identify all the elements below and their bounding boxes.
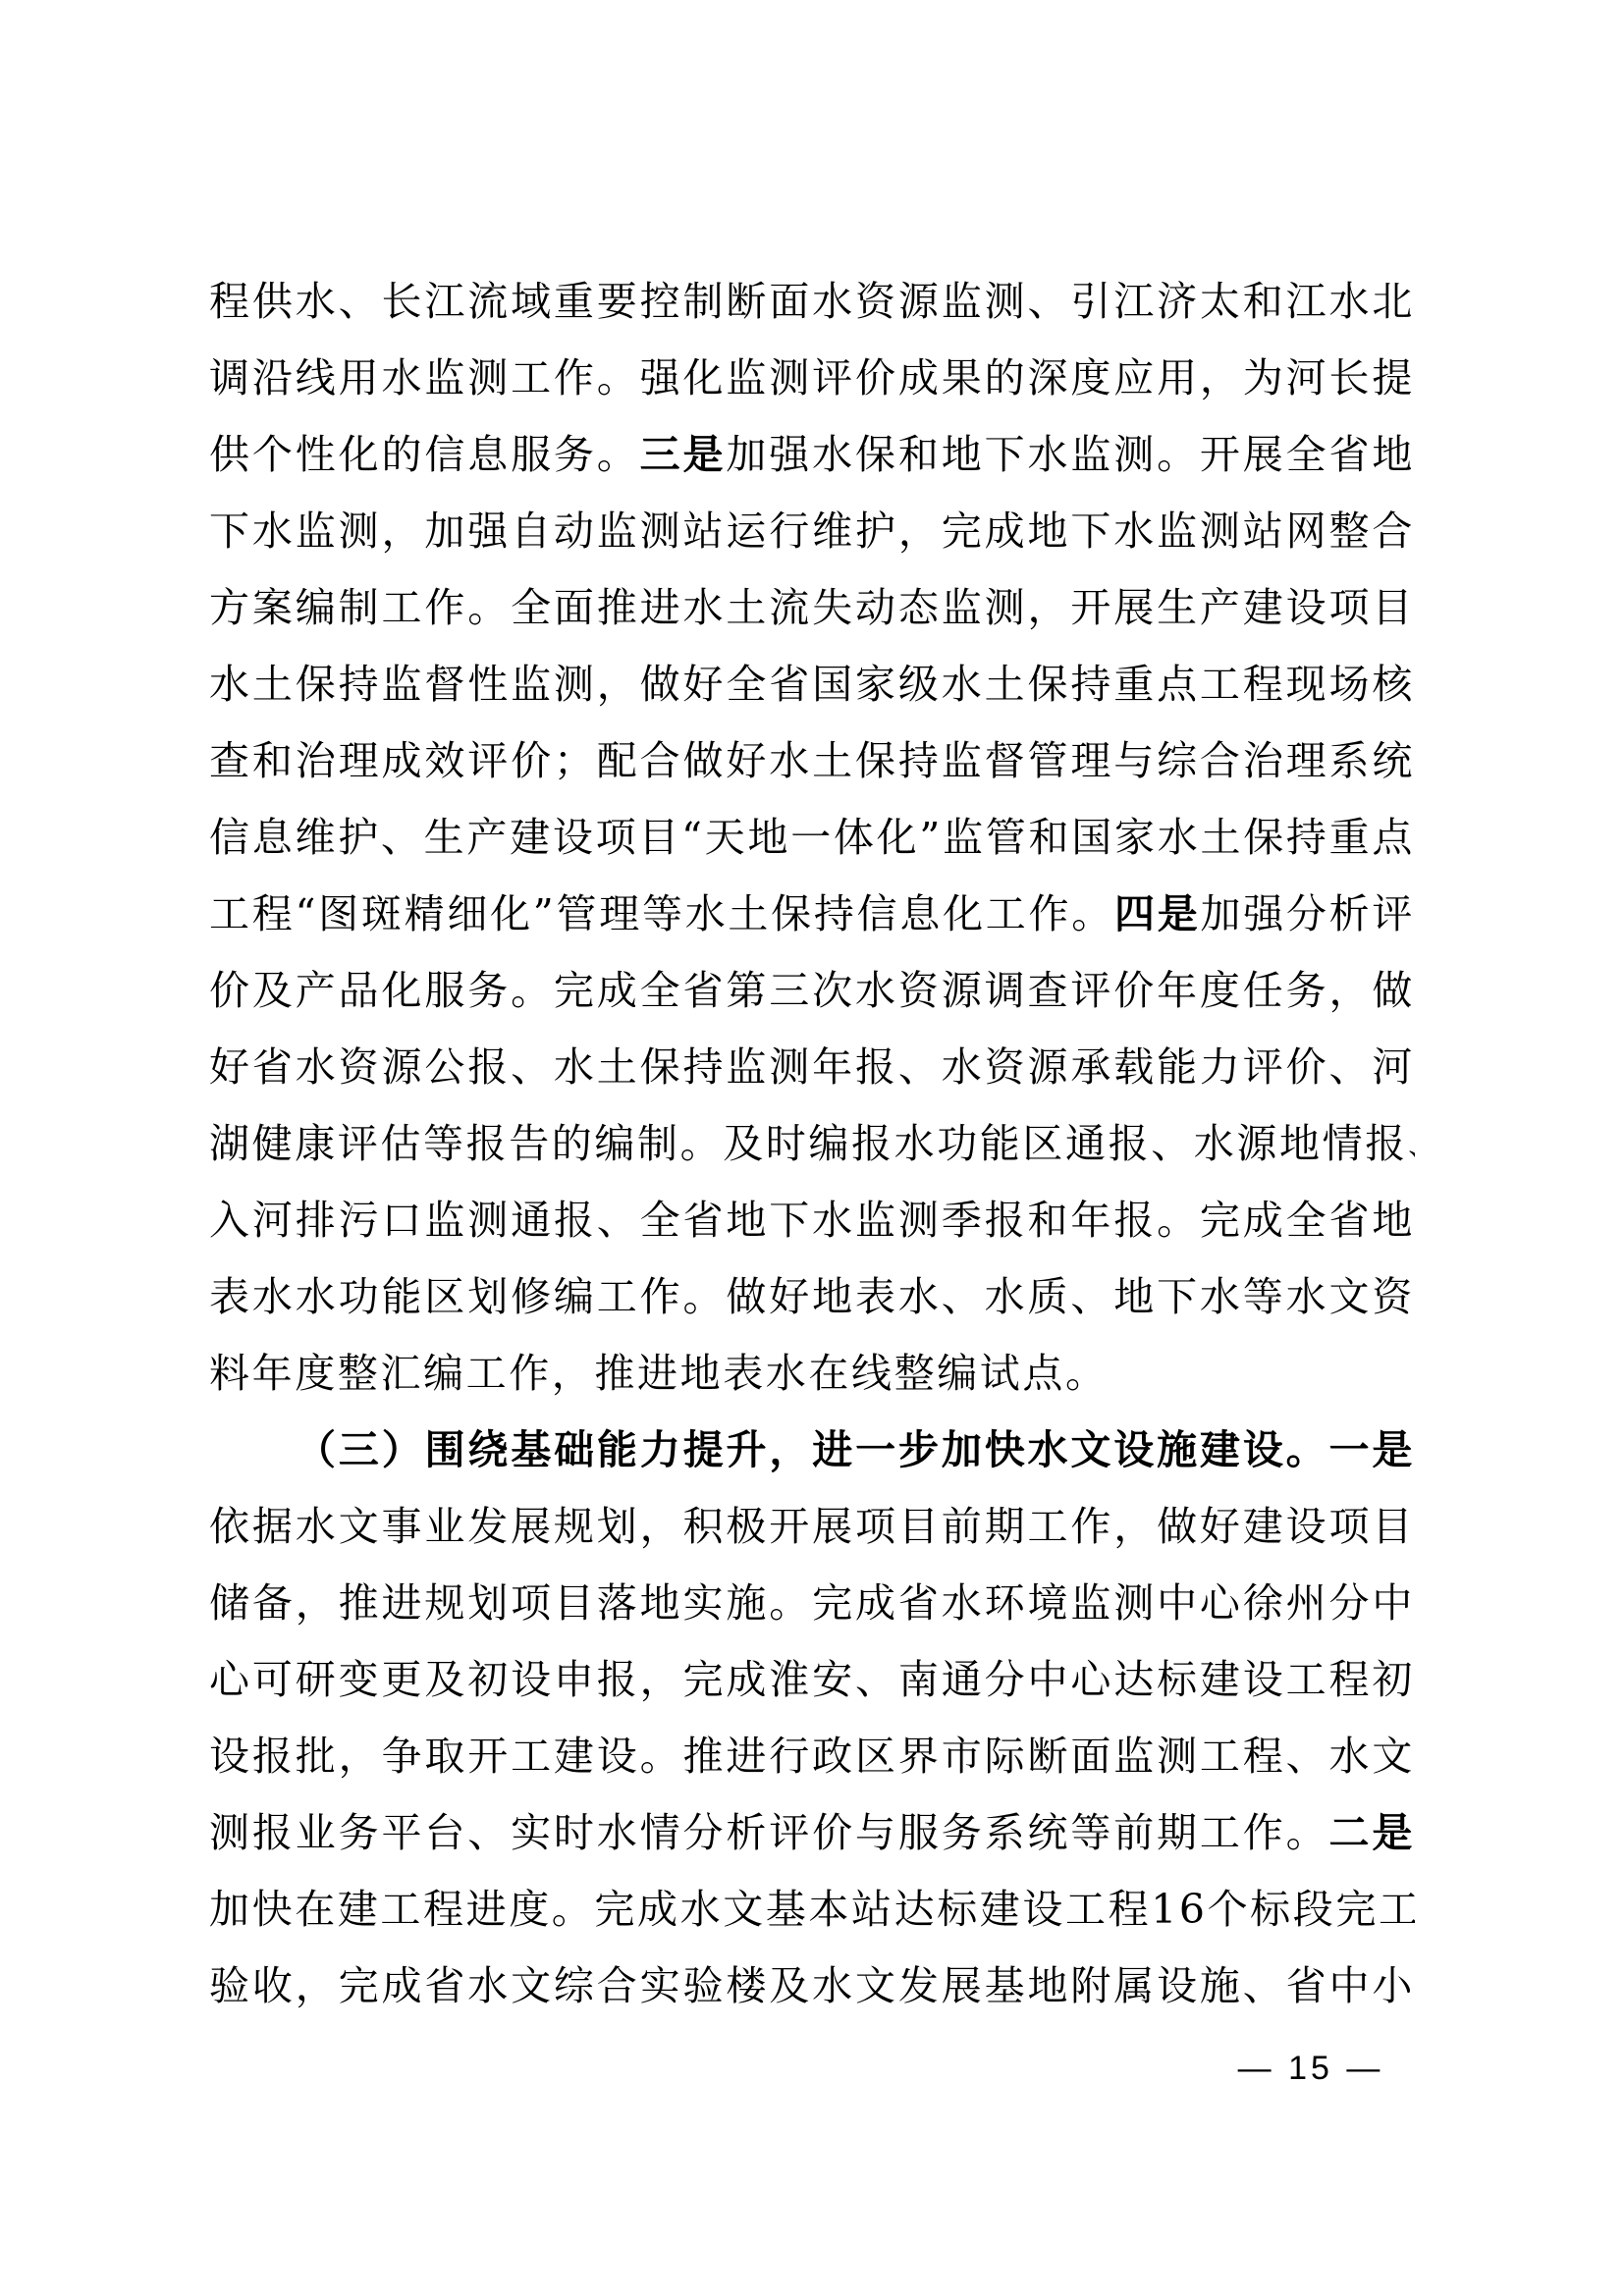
text-segment: 信息维护、生产建设项目“天地一体化”监管和国家水土保持重点 xyxy=(209,814,1415,861)
text-segment: 调沿线用水监测工作。强化监测评价成果的深度应用，为河长提 xyxy=(209,354,1415,401)
text-line: 表水水功能区划修编工作。做好地表水、水质、地下水等水文资 xyxy=(209,1258,1415,1335)
text-line: 依据水文事业发展规划，积极开展项目前期工作，做好建设项目 xyxy=(209,1488,1415,1565)
text-line: 工程“图斑精细化”管理等水土保持信息化工作。四是加强分析评 xyxy=(209,876,1415,952)
text-line: 好省水资源公报、水土保持监测年报、水资源承载能力评价、河 xyxy=(209,1029,1415,1105)
text-line: 加快在建工程进度。完成水文基本站达标建设工程16个标段完工 xyxy=(209,1871,1415,1948)
section-heading: （三）围绕基础能力提升，进一步加快水文设施建设。 xyxy=(296,1426,1329,1473)
text-line: 设报批，争取开工建设。推进行政区界市际断面监测工程、水文 xyxy=(209,1718,1415,1794)
text-segment: 设报批，争取开工建设。推进行政区界市际断面监测工程、水文 xyxy=(209,1733,1415,1780)
text-line: 水土保持监督性监测，做好全省国家级水土保持重点工程现场核 xyxy=(209,646,1415,722)
body-text: 程供水、长江流域重要控制断面水资源监测、引江济太和江水北调沿线用水监测工作。强化… xyxy=(209,263,1415,2024)
text-line: 供个性化的信息服务。三是加强水保和地下水监测。开展全省地 xyxy=(209,416,1415,493)
text-segment: 心可研变更及初设申报，完成淮安、南通分中心达标建设工程初 xyxy=(209,1656,1415,1703)
text-segment: 料年度整汇编工作，推进地表水在线整编试点。 xyxy=(209,1350,1109,1397)
text-segment: 好省水资源公报、水土保持监测年报、水资源承载能力评价、河 xyxy=(209,1043,1415,1091)
text-segment: 查和治理成效评价；配合做好水土保持监督管理与综合治理系统 xyxy=(209,737,1415,784)
text-segment: 加快在建工程进度。完成水文基本站达标建设工程16个标段完工 xyxy=(209,1886,1415,1933)
text-line: 下水监测，加强自动监测站运行维护，完成地下水监测站网整合 xyxy=(209,493,1415,569)
text-segment: 下水监测，加强自动监测站运行维护，完成地下水监测站网整合 xyxy=(209,507,1415,555)
text-line: 料年度整汇编工作，推进地表水在线整编试点。 xyxy=(209,1335,1415,1412)
text-line: 入河排污口监测通报、全省地下水监测季报和年报。完成全省地 xyxy=(209,1182,1415,1258)
text-segment: 供个性化的信息服务。 xyxy=(209,431,640,478)
text-line: 调沿线用水监测工作。强化监测评价成果的深度应用，为河长提 xyxy=(209,340,1415,416)
text-segment: 测报业务平台、实时水情分析评价与服务系统等前期工作。 xyxy=(209,1809,1329,1856)
text-segment: 储备，推进规划项目落地实施。完成省水环境监测中心徐州分中 xyxy=(209,1579,1415,1627)
text-segment: 水土保持监督性监测，做好全省国家级水土保持重点工程现场核 xyxy=(209,661,1415,708)
text-line: 心可研变更及初设申报，完成淮安、南通分中心达标建设工程初 xyxy=(209,1641,1415,1718)
bold-marker: 二是 xyxy=(1329,1809,1415,1856)
text-line: （三）围绕基础能力提升，进一步加快水文设施建设。一是 xyxy=(209,1412,1415,1488)
bold-marker: 一是 xyxy=(1329,1426,1415,1473)
text-segment: 湖健康评估等报告的编制。及时编报水功能区通报、水源地情报、 xyxy=(209,1120,1415,1167)
text-segment: 工程“图斑精细化”管理等水土保持信息化工作。 xyxy=(209,890,1114,937)
document-page: 程供水、长江流域重要控制断面水资源监测、引江济太和江水北调沿线用水监测工作。强化… xyxy=(0,0,1624,2296)
text-segment: 程供水、长江流域重要控制断面水资源监测、引江济太和江水北 xyxy=(209,278,1415,325)
text-line: 储备，推进规划项目落地实施。完成省水环境监测中心徐州分中 xyxy=(209,1565,1415,1641)
text-line: 湖健康评估等报告的编制。及时编报水功能区通报、水源地情报、 xyxy=(209,1105,1415,1182)
bold-marker: 三是 xyxy=(640,431,727,478)
page-number: — 15 — xyxy=(1218,2050,1404,2088)
text-line: 查和治理成效评价；配合做好水土保持监督管理与综合治理系统 xyxy=(209,722,1415,799)
bold-marker: 四是 xyxy=(1114,890,1200,937)
text-line: 验收，完成省水文综合实验楼及水文发展基地附属设施、省中小 xyxy=(209,1948,1415,2024)
text-line: 方案编制工作。全面推进水土流失动态监测，开展生产建设项目 xyxy=(209,569,1415,646)
text-line: 程供水、长江流域重要控制断面水资源监测、引江济太和江水北 xyxy=(209,263,1415,340)
text-segment: 加强分析评 xyxy=(1200,890,1415,937)
text-segment: 入河排污口监测通报、全省地下水监测季报和年报。完成全省地 xyxy=(209,1197,1415,1244)
text-segment: 加强水保和地下水监测。开展全省地 xyxy=(726,431,1415,478)
text-segment: 表水水功能区划修编工作。做好地表水、水质、地下水等水文资 xyxy=(209,1273,1415,1320)
text-segment: 验收，完成省水文综合实验楼及水文发展基地附属设施、省中小 xyxy=(209,1962,1415,2009)
text-segment: 方案编制工作。全面推进水土流失动态监测，开展生产建设项目 xyxy=(209,584,1415,631)
text-line: 测报业务平台、实时水情分析评价与服务系统等前期工作。二是 xyxy=(209,1794,1415,1871)
text-segment: 依据水文事业发展规划，积极开展项目前期工作，做好建设项目 xyxy=(209,1503,1415,1550)
text-line: 价及产品化服务。完成全省第三次水资源调查评价年度任务，做 xyxy=(209,952,1415,1029)
text-line: 信息维护、生产建设项目“天地一体化”监管和国家水土保持重点 xyxy=(209,799,1415,876)
text-segment: 价及产品化服务。完成全省第三次水资源调查评价年度任务，做 xyxy=(209,967,1415,1014)
